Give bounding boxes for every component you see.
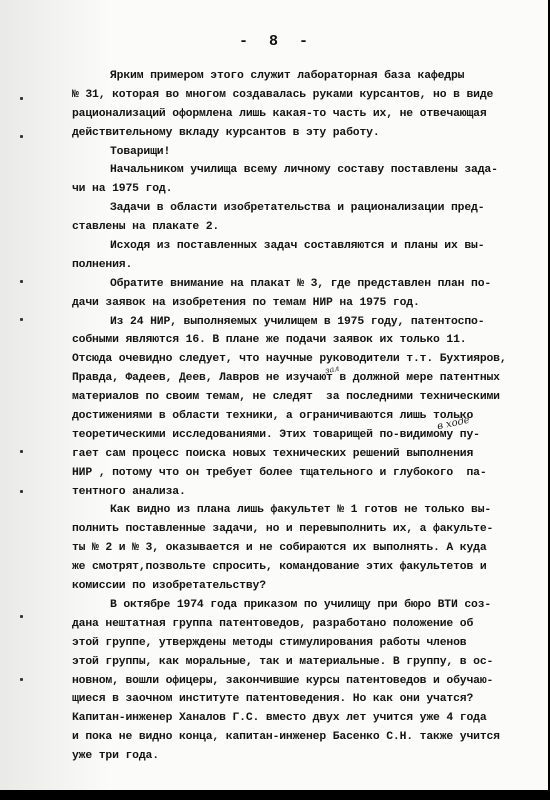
- text-line: Товарищи!: [72, 143, 542, 162]
- text-line: Исходя из поставленных задач составляютс…: [72, 237, 542, 256]
- document-page: - 8 - Ярким примером этого служит лабора…: [0, 0, 548, 790]
- margin-mark: [20, 450, 23, 453]
- text-line: дачи заявок на изобретения по темам НИР …: [72, 294, 542, 313]
- text-line: рационализаций оформлена лишь какая-то ч…: [72, 105, 542, 124]
- text-line: Как видно из плана лишь факультет № 1 го…: [72, 501, 542, 520]
- text-line: и пока не видно конца, капитан-инженер Б…: [72, 728, 542, 747]
- margin-mark: [20, 490, 23, 493]
- text-line: В октябре 1974 года приказом по училищу …: [72, 596, 542, 615]
- text-line: Ярким примером этого служит лабораторная…: [72, 67, 542, 86]
- text-line: собными являются 16. В плане же подачи з…: [72, 331, 542, 350]
- text-line: этой группы, как моральные, так и матери…: [72, 653, 542, 672]
- text-line: ты № 2 и № 3, оказывается и не собираютс…: [72, 539, 542, 558]
- text-line: № 31, которая во многом создавалась рука…: [72, 86, 542, 105]
- text-line: комиссии по изобретательству?: [72, 577, 542, 596]
- margin-mark: [20, 135, 23, 138]
- text-line: Начальником училища всему личному состав…: [72, 161, 542, 180]
- text-line: достижениями в области техники, а ограни…: [72, 407, 542, 426]
- margin-mark: [20, 318, 23, 321]
- text-line: Правда, Фадеев, Деев, Лавров не изучают …: [72, 369, 542, 388]
- text-line: ставлены на плакате 2.: [72, 218, 542, 237]
- text-line: НИР , потому что он требует более тщател…: [72, 464, 542, 483]
- text-line: новном, вошли офицеры, закончившие курсы…: [72, 672, 542, 691]
- page-number: - 8 -: [0, 33, 548, 50]
- text-line: Задачи в области изобретательства и раци…: [72, 199, 542, 218]
- margin-mark: [20, 97, 23, 100]
- margin-mark: [20, 678, 23, 681]
- text-line: Капитан-инженер Ханалов Г.С. вместо двух…: [72, 709, 542, 728]
- text-line: Обратите внимание на плакат № 3, где пре…: [72, 275, 542, 294]
- text-line: этой группе, утверждены методы стимулиро…: [72, 634, 542, 653]
- text-line: щиеся в заочном институте патентоведения…: [72, 690, 542, 709]
- text-line: дана нештатная группа патентоведов, разр…: [72, 615, 542, 634]
- text-line: действительному вкладу курсантов в эту р…: [72, 124, 542, 143]
- text-line: Отсюда очевидно следует, что научные рук…: [72, 350, 542, 369]
- margin-mark: [20, 615, 23, 618]
- text-line: чи на 1975 год.: [72, 180, 542, 199]
- text-line: полнения.: [72, 256, 542, 275]
- document-body: Ярким примером этого служит лабораторная…: [72, 67, 542, 766]
- text-line: Из 24 НИР, выполняемых училищем в 1975 г…: [72, 313, 542, 332]
- text-line: материалов по своим темам, не следят за …: [72, 388, 542, 407]
- text-line: теоретическими исследованиями. Этих това…: [72, 426, 542, 445]
- text-line: тентного анализа.: [72, 483, 542, 502]
- margin-mark: [20, 280, 23, 283]
- text-line: же смотрят,позвольте спросить, командова…: [72, 558, 542, 577]
- text-line: полнить поставленные задачи, но и перевы…: [72, 520, 542, 539]
- scan-border: [0, 790, 550, 800]
- text-line: гает сам процесс поиска новых технически…: [72, 445, 542, 464]
- text-line: уже три года.: [72, 747, 542, 766]
